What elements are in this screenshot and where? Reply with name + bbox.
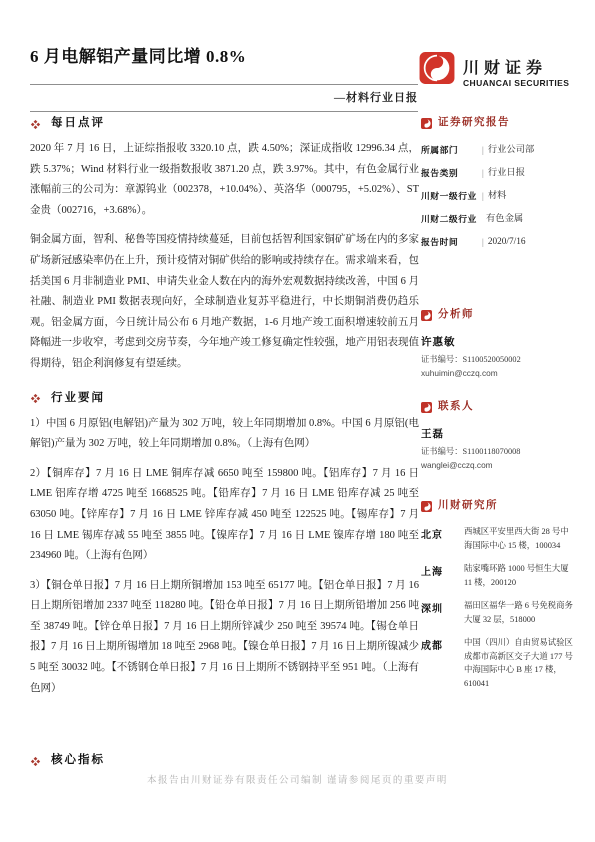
main-column: 每日点评 2020 年 7 月 16 日，上证综指报收 3320.10 点，跌 …	[30, 114, 419, 699]
analyst-name: 许惠敏	[421, 334, 575, 349]
meta-separator: |	[482, 190, 484, 203]
news-item: 1）中国 6 月原铝(电解铝)产量为 302 万吨，较上年同期增加 0.8%。中…	[30, 414, 419, 455]
meta-label: 报告时间	[421, 236, 482, 249]
office-row-chengdu: 成都 中国（四川）自由贸易试验区成都市高新区交子大道 177 号中海国际中心 B…	[421, 636, 575, 690]
diamond-bullet-icon	[30, 391, 41, 402]
brand-text: 川财证券 CHUANCAI SECURITIES	[463, 52, 569, 88]
daily-review-title: 每日点评	[51, 114, 105, 130]
analyst-section-header: 分析师	[421, 306, 575, 321]
report-info-sidebar: 证券研究报告 所属部门 | 行业公司部 报告类别 | 行业日报 川财一级行业 |…	[421, 114, 575, 700]
meta-row-report-type: 报告类别 | 行业日报	[421, 167, 575, 180]
meta-row-department: 所属部门 | 行业公司部	[421, 144, 575, 157]
brand-name-cn: 川财证券	[463, 55, 569, 78]
industry-news-title: 行业要闻	[51, 389, 105, 405]
diamond-bullet-icon	[30, 117, 41, 128]
news-item: 2）【铜库存】7 月 16 日 LME 铜库存减 6650 吨至 159800 …	[30, 464, 419, 567]
office-row-shanghai: 上海 陆家嘴环路 1000 号恒生大厦 11 楼，200120	[421, 562, 575, 589]
brand-logo: 川财证券 CHUANCAI SECURITIES	[419, 52, 585, 88]
logo-mark-icon	[421, 308, 432, 319]
office-address: 西城区平安里西大街 28 号中海国际中心 15 楼，100034	[464, 525, 575, 552]
meta-separator: |	[482, 167, 484, 180]
title-divider	[30, 84, 418, 85]
daily-review-paragraph: 铜金属方面，智利、秘鲁等国疫情持续蔓延，目前包括智利国家铜矿矿场在内的多家矿场新…	[30, 230, 419, 374]
office-list: 北京 西城区平安里西大街 28 号中海国际中心 15 楼，100034 上海 陆…	[421, 525, 575, 690]
core-indicators-section-header: 核心指标	[30, 751, 105, 767]
logo-mark-icon	[421, 499, 432, 510]
office-city: 深圳	[421, 599, 464, 626]
meta-row-industry-l2: 川财二级行业 有色金属	[421, 213, 575, 226]
institute-section-title: 川财研究所	[438, 497, 498, 512]
analyst-cert-number: 证书编号：S1100520050002	[421, 353, 575, 365]
report-page: 6 月电解铝产量同比增 0.8% —材料行业日报 川财证券 CHUANCAI S…	[0, 0, 595, 842]
page-title: 6 月电解铝产量同比增 0.8%	[30, 42, 410, 67]
daily-review-section-header: 每日点评	[30, 114, 419, 130]
research-report-header: 证券研究报告	[421, 114, 575, 129]
chuancai-logo-icon	[419, 52, 455, 84]
meta-row-report-date: 报告时间 | 2020/7/16	[421, 236, 575, 249]
meta-value: 2020/7/16	[488, 236, 526, 249]
office-address: 陆家嘴环路 1000 号恒生大厦 11 楼，200120	[464, 562, 575, 589]
contact-email: wanglei@cczq.com	[421, 460, 575, 470]
meta-value: 行业日报	[488, 167, 525, 180]
industry-news-section-header: 行业要闻	[30, 389, 419, 405]
diamond-bullet-icon	[30, 754, 41, 765]
meta-value: 材料	[488, 190, 507, 203]
office-address: 中国（四川）自由贸易试验区成都市高新区交子大道 177 号中海国际中心 B 座 …	[464, 636, 575, 690]
logo-mark-icon	[421, 116, 432, 127]
analyst-section-title: 分析师	[438, 306, 474, 321]
office-city: 北京	[421, 525, 464, 552]
footer-disclaimer: 本报告由川财证券有限责任公司编制 谨请参阅尾页的重要声明	[0, 772, 595, 786]
meta-label: 报告类别	[421, 167, 482, 180]
office-city: 成都	[421, 636, 464, 690]
office-address: 福田区福华一路 6 号免税商务大厦 32 层，518000	[464, 599, 575, 626]
analyst-email: xuhuimin@cczq.com	[421, 368, 575, 378]
meta-value: 有色金属	[486, 213, 523, 226]
meta-separator: |	[482, 236, 484, 249]
meta-label: 所属部门	[421, 144, 482, 157]
meta-separator: |	[482, 144, 484, 157]
office-row-beijing: 北京 西城区平安里西大街 28 号中海国际中心 15 楼，100034	[421, 525, 575, 552]
daily-review-paragraph: 2020 年 7 月 16 日，上证综指报收 3320.10 点，跌 4.50%…	[30, 139, 419, 221]
report-series-subtitle: —材料行业日报	[30, 89, 418, 105]
brand-name-en: CHUANCAI SECURITIES	[463, 78, 569, 88]
meta-value: 行业公司部	[488, 144, 535, 157]
meta-row-industry-l1: 川财一级行业 | 材料	[421, 190, 575, 203]
office-city: 上海	[421, 562, 464, 589]
news-item: 3）【铜仓单日报】7 月 16 日上期所铜增加 153 吨至 65177 吨。【…	[30, 576, 419, 700]
subtitle-divider	[30, 111, 418, 112]
meta-label: 川财一级行业	[421, 190, 482, 203]
meta-label: 川财二级行业	[421, 213, 482, 226]
contact-section-title: 联系人	[438, 398, 474, 413]
logo-mark-icon	[421, 400, 432, 411]
core-indicators-title: 核心指标	[51, 751, 105, 767]
contact-section-header: 联系人	[421, 398, 575, 413]
research-report-title: 证券研究报告	[438, 114, 510, 129]
office-row-shenzhen: 深圳 福田区福华一路 6 号免税商务大厦 32 层，518000	[421, 599, 575, 626]
report-meta-list: 所属部门 | 行业公司部 报告类别 | 行业日报 川财一级行业 | 材料 川财二…	[421, 144, 575, 249]
contact-name: 王磊	[421, 426, 575, 441]
institute-section-header: 川财研究所	[421, 497, 575, 512]
contact-cert-number: 证书编号：S1100118070008	[421, 445, 575, 457]
